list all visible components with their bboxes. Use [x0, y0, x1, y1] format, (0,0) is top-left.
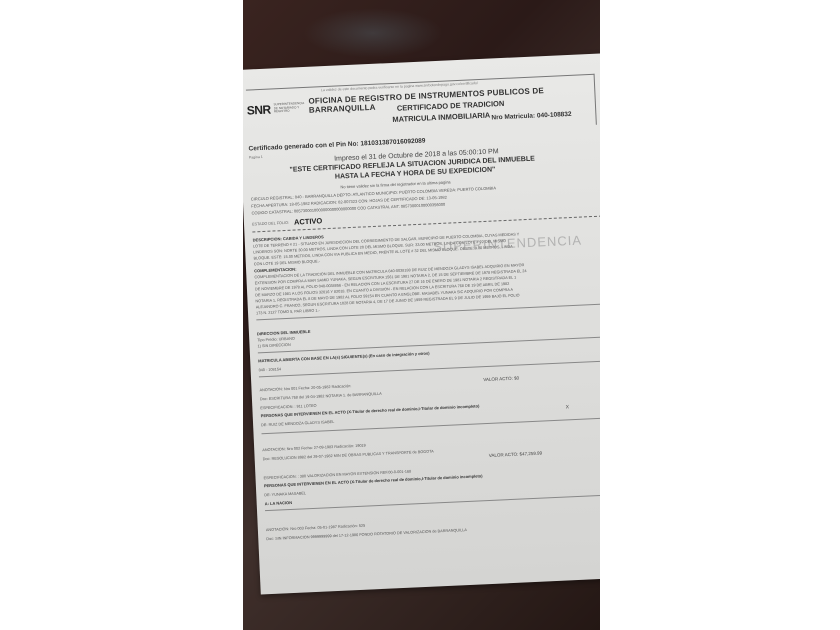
anotacion-1-persona: DE: RUIZ DE MENDOZA GLADYS ISABEL [261, 419, 334, 428]
certificate-paper: La validez de este documento podra verif… [243, 53, 600, 594]
anotacion-1-valor: VALOR ACTO: $0 [483, 376, 519, 383]
page-number: Pagina 1 [249, 155, 263, 160]
pin-value: 181031387016092089 [360, 138, 425, 148]
matricula-abierta-title: MATRICULA ABIERTA CON BASE EN LA(s) SIGU… [258, 351, 429, 364]
estado-value: ACTIVO [294, 216, 323, 226]
divider [259, 360, 600, 377]
pin-label: Certificado generado con el Pin No: [248, 141, 358, 153]
anotacion-1-doc: Doc: ESCRITURA 768 del 19-04-1982 NOTARI… [260, 391, 382, 403]
pin-line: Certificado generado con el Pin No: 1810… [248, 138, 425, 153]
anotacion-2-persona-a: A: LA NACION [265, 500, 293, 506]
anotacion-2-valor: VALOR ACTO: $47,259.99 [489, 451, 543, 458]
estado-label: ESTADO DEL FOLIO: [252, 221, 289, 227]
anotacion-1-titular-mark: X [566, 404, 570, 410]
anotacion-1-especificacion: ESPECIFICACION: : 911 LOTEO [260, 403, 316, 412]
logo-subtitle: SUPERINTENDENCIA DE NOTARIADO Y REGISTRO [274, 102, 304, 114]
anotacion-2-persona-de: DE: YUNAKA MASABEL [264, 490, 306, 498]
snr-logo: SNR [247, 103, 271, 118]
divider [265, 494, 600, 511]
background-glare [303, 8, 443, 58]
document-photo: La validez de este documento podra verif… [243, 0, 600, 630]
sin-direccion: 1) SIN DIRECCION [257, 342, 290, 349]
matricula-abierta-value: 040 - 108154 [259, 366, 282, 373]
